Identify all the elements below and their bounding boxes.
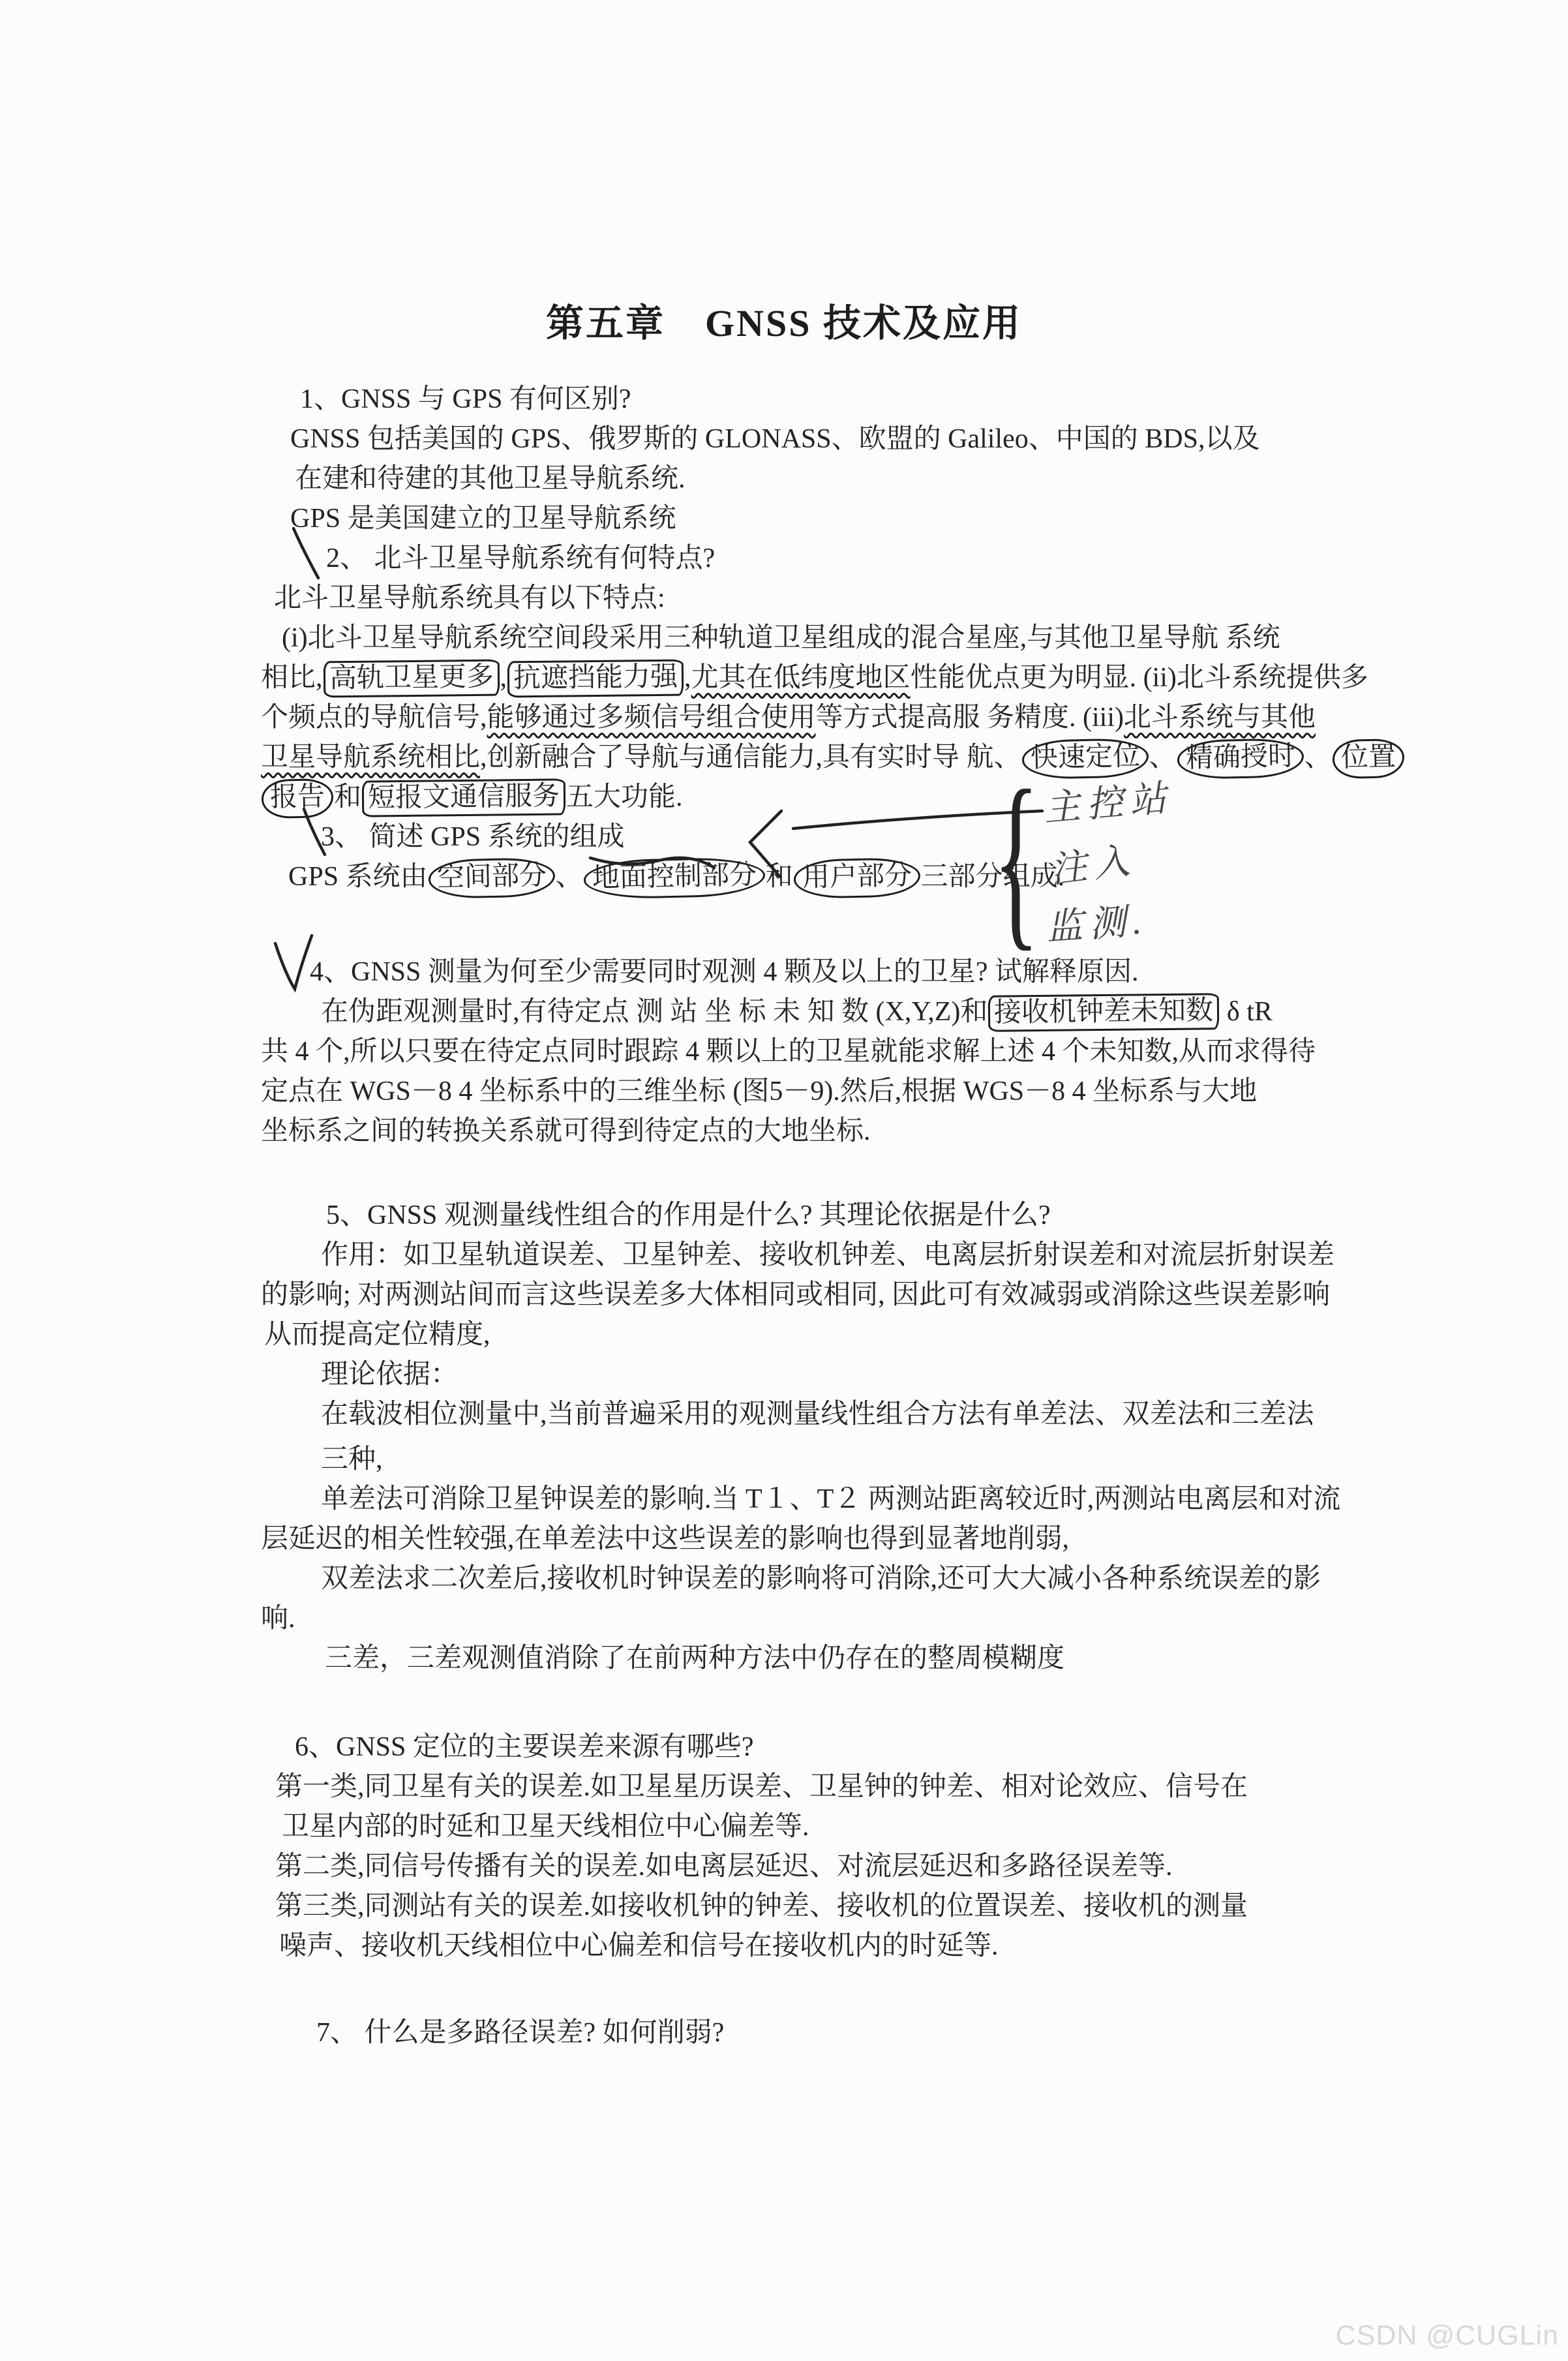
annotated-phrase: 接收机钟差未知数 <box>988 993 1220 1032</box>
question-3: 3、 简述 GPS 系统的组成 <box>321 817 1396 857</box>
text-segment: , <box>500 663 507 693</box>
text-line: 卫星内部的时延和卫星天线相位中心偏差等. <box>282 1807 1396 1847</box>
text-segment: 的影响; 对两测站间而言这些误差多大体相同或相同, 因此可有效减弱或消除这些误差… <box>261 1280 1330 1310</box>
question-4: 4、GNSS 测量为何至少需要同时观测 4 颗及以上的卫星? 试解释原因. <box>310 952 1396 992</box>
scanned-document-page: 第五章 GNSS 技术及应用 1、GNSS 与 GPS 有何区别?GNSS 包括… <box>0 0 1568 2361</box>
text-segment: 第三类,同测站有关的误差.如接收机钟的钟差、接收机的位置误差、接收机的测量 <box>275 1891 1248 1921</box>
text-line: 在建和待建的其他卫星导航系统. <box>295 459 1396 499</box>
text-segment: 三种, <box>321 1444 383 1474</box>
annotated-phrase: 卫星导航系统相比 <box>261 742 480 772</box>
text-segment: 定点在 WGS－8 4 坐标系中的三维坐标 (图5－9).然后,根据 WGS－8… <box>261 1076 1257 1106</box>
text-line: 层延迟的相关性较强,在单差法中这些误差的影响也得到显著地削弱, <box>261 1519 1396 1559</box>
text-line: GNSS 包括美国的 GPS、俄罗斯的 GLONASS、欧盟的 Galileo、… <box>290 419 1396 459</box>
text-segment: 等方式提高服 务精度. (iii) <box>816 703 1124 733</box>
text-line: 相比,高轨卫星更多,抗遮挡能力强,尤其在低纬度地区性能优点更为明显. (ii)北… <box>261 658 1396 698</box>
text-segment: 、 <box>1304 742 1332 772</box>
text-line: 三差，三差观测值消除了在前两种方法中仍存在的整周模糊度 <box>325 1639 1396 1679</box>
annotated-phrase: 空间部分 <box>428 857 555 899</box>
text-segment: GPS 系统由 <box>288 862 428 892</box>
question-2: 2、 北斗卫星导航系统有何特点? <box>326 539 1396 579</box>
text-line: 从而提高定位精度, <box>264 1315 1396 1355</box>
text-line: 第一类,同卫星有关的误差.如卫星星历误差、卫星钟的钟差、相对论效应、信号在 <box>275 1767 1396 1807</box>
text-segment: GPS 是美国建立的卫星导航系统 <box>290 504 676 534</box>
text-segment: 三差，三差观测值消除了在前两种方法中仍存在的整周模糊度 <box>325 1643 1064 1673</box>
annotated-phrase: 能够通过多频信号组合使用 <box>487 703 816 733</box>
text-segment: 在伪距观测量时,有待定点 测 站 坐 标 未 知 数 (X,Y,Z)和 <box>321 997 988 1027</box>
question-5: 5、GNSS 观测量线性组合的作用是什么? 其理论依据是什么? <box>326 1196 1396 1236</box>
text-segment: 和 <box>334 782 361 812</box>
annotated-phrase: 地面控制部分 <box>583 857 765 900</box>
text-segment: 在建和待建的其他卫星导航系统. <box>295 464 686 494</box>
text-segment: 性能优点更为明显. (ii)北斗系统提供多 <box>911 663 1368 693</box>
text-line: GPS 系统由空间部分、地面控制部分和用户部分三部分组成. <box>288 857 1396 897</box>
question-1: 1、GNSS 与 GPS 有何区别? <box>300 380 1396 419</box>
text-segment: 7、 什么是多路径误差? 如何削弱? <box>316 2018 724 2048</box>
text-segment: 卫星内部的时延和卫星天线相位中心偏差等. <box>282 1812 809 1842</box>
text-line: (i)北斗卫星导航系统空间段采用三种轨道卫星组成的混合星座,与其他卫星导航 系统 <box>282 618 1396 658</box>
annotated-phrase: 高轨卫星更多 <box>323 660 500 698</box>
annotated-phrase: 短报文通信服务 <box>362 778 566 817</box>
text-segment: 在载波相位测量中,当前普遍采用的观测量线性组合方法有单差法、双差法和三差法 <box>321 1399 1314 1429</box>
handwritten-text: 监测. <box>1044 889 1177 958</box>
handwritten-note-items: 主控站注入监测. <box>1044 774 1173 954</box>
text-segment: 个频点的导航信号, <box>261 703 487 733</box>
handwritten-brace: { <box>993 761 1040 956</box>
document-body: 1、GNSS 与 GPS 有何区别?GNSS 包括美国的 GPS、俄罗斯的 GL… <box>261 380 1396 2053</box>
text-segment: 、 <box>556 862 583 892</box>
text-line: 北斗卫星导航系统具有以下特点: <box>274 579 1396 618</box>
text-line: 响. <box>261 1599 1396 1639</box>
text-segment: 从而提高定位精度, <box>264 1320 490 1350</box>
text-segment: 噪声、接收机天线相位中心偏差和信号在接收机内的时延等. <box>279 1931 999 1961</box>
text-segment: , <box>684 663 691 693</box>
text-line: GPS 是美国建立的卫星导航系统 <box>290 499 1396 539</box>
page-title: 第五章 GNSS 技术及应用 <box>0 292 1568 347</box>
annotated-phrase: 位置 <box>1332 739 1404 779</box>
annotated-phrase: 北斗系统与其他 <box>1124 703 1316 733</box>
text-line: 双差法求二次差后,接收机时钟误差的影响将可消除,还可大大减小各种系统误差的影 <box>321 1559 1396 1599</box>
annotated-phrase: 尤其在低纬度地区 <box>691 663 911 693</box>
text-segment: 1、GNSS 与 GPS 有何区别? <box>300 384 631 414</box>
text-line: 单差法可消除卫星钟误差的影响.当 T１、T２ 两测站距离较近时,两测站电离层和对… <box>321 1480 1396 1519</box>
text-segment: 第二类,同信号传播有关的误差.如电离层延迟、对流层延迟和多路径误差等. <box>275 1851 1173 1881</box>
text-segment: 理论依据： <box>321 1360 458 1390</box>
text-segment: 坐标系之间的转换关系就可得到待定点的大地坐标. <box>261 1116 871 1146</box>
text-line: 坐标系之间的转换关系就可得到待定点的大地坐标. <box>261 1112 1396 1151</box>
annotated-phrase: 报告 <box>261 778 333 819</box>
text-line: 定点在 WGS－8 4 坐标系中的三维坐标 (图5－9).然后,根据 WGS－8… <box>261 1072 1396 1112</box>
question-6: 6、GNSS 定位的主要误差来源有哪些? <box>295 1728 1396 1767</box>
text-segment: 响. <box>261 1604 295 1634</box>
text-segment: 北斗卫星导航系统具有以下特点: <box>274 583 665 613</box>
text-line: 在载波相位测量中,当前普遍采用的观测量线性组合方法有单差法、双差法和三差法 <box>321 1395 1396 1435</box>
text-segment: GNSS 包括美国的 GPS、俄罗斯的 GLONASS、欧盟的 Galileo、… <box>290 424 1259 454</box>
text-line: 三种, <box>321 1440 1396 1480</box>
annotated-phrase: 抗遮挡能力强 <box>507 660 684 698</box>
text-segment: 3、 简述 GPS 系统的组成 <box>321 822 625 852</box>
text-segment: 6、GNSS 定位的主要误差来源有哪些? <box>295 1732 754 1762</box>
text-segment: 相比, <box>261 663 323 693</box>
text-line: 第三类,同测站有关的误差.如接收机钟的钟差、接收机的位置误差、接收机的测量 <box>275 1887 1396 1927</box>
text-segment: 双差法求二次差后,接收机时钟误差的影响将可消除,还可大大减小各种系统误差的影 <box>321 1564 1321 1594</box>
text-line: 在伪距观测量时,有待定点 测 站 坐 标 未 知 数 (X,Y,Z)和接收机钟差… <box>321 992 1396 1032</box>
text-segment: 层延迟的相关性较强,在单差法中这些误差的影响也得到显著地削弱, <box>261 1524 1069 1554</box>
text-segment: ,创新融合了导航与通信能力,具有实时导 航、 <box>480 742 1021 772</box>
text-segment: 单差法可消除卫星钟误差的影响.当 T１、T２ 两测站距离较近时,两测站电离层和对… <box>321 1484 1340 1514</box>
text-segment: 5、GNSS 观测量线性组合的作用是什么? 其理论依据是什么? <box>326 1200 1051 1230</box>
text-line: 个频点的导航信号,能够通过多频信号组合使用等方式提高服 务精度. (iii)北斗… <box>261 698 1396 738</box>
text-segment: 作用：如卫星轨道误差、卫星钟差、接收机钟差、电离层折射误差和对流层折射误差 <box>321 1240 1334 1270</box>
text-segment: 第一类,同卫星有关的误差.如卫星星历误差、卫星钟的钟差、相对论效应、信号在 <box>275 1772 1248 1802</box>
text-segment: (i)北斗卫星导航系统空间段采用三种轨道卫星组成的混合星座,与其他卫星导航 系统 <box>282 623 1280 653</box>
watermark: CSDN @CUGLin <box>1336 2320 1559 2352</box>
text-segment: 和 <box>766 862 793 892</box>
question-7: 7、 什么是多路径误差? 如何削弱? <box>316 2013 1396 2053</box>
text-line: 理论依据： <box>321 1355 1396 1395</box>
text-line: 的影响; 对两测站间而言这些误差多大体相同或相同, 因此可有效减弱或消除这些误差… <box>261 1275 1396 1315</box>
annotated-phrase: 用户部分 <box>793 857 920 899</box>
text-segment: 共 4 个,所以只要在待定点同时跟踪 4 颗以上的卫星就能求解上述 4 个未知数… <box>261 1037 1316 1067</box>
handwritten-note: { 主控站注入监测. <box>993 769 1228 977</box>
text-segment: 五大功能. <box>566 782 683 812</box>
text-segment: δ tR <box>1220 997 1272 1027</box>
text-segment: 2、 北斗卫星导航系统有何特点? <box>326 543 715 573</box>
text-line: 共 4 个,所以只要在待定点同时跟踪 4 颗以上的卫星就能求解上述 4 个未知数… <box>261 1032 1396 1072</box>
text-line: 作用：如卫星轨道误差、卫星钟差、接收机钟差、电离层折射误差和对流层折射误差 <box>321 1236 1396 1275</box>
text-line: 噪声、接收机天线相位中心偏差和信号在接收机内的时延等. <box>279 1927 1396 1966</box>
text-line: 第二类,同信号传播有关的误差.如电离层延迟、对流层延迟和多路径误差等. <box>275 1847 1396 1887</box>
